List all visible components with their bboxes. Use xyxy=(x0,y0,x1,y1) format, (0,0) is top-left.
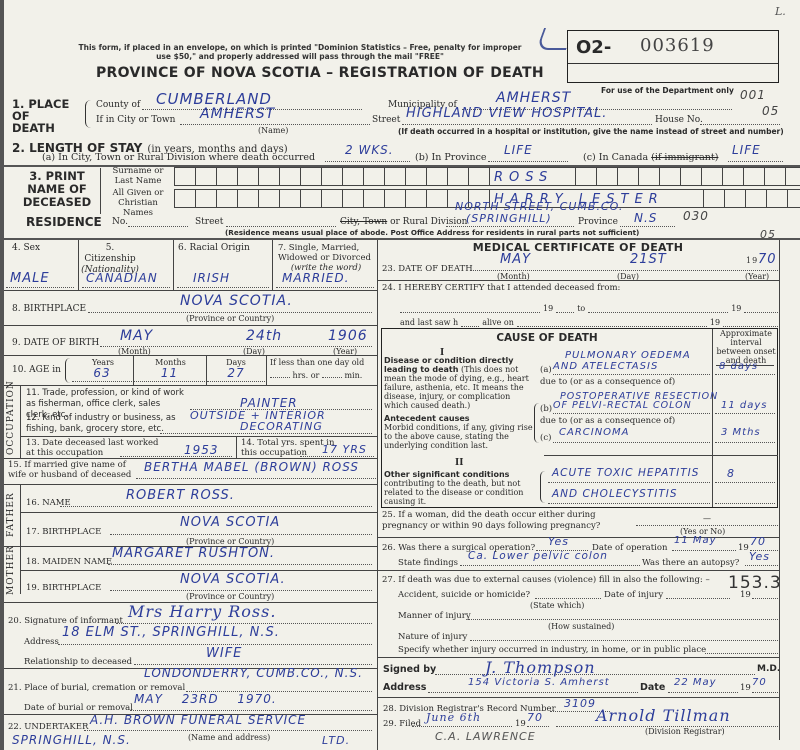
industry-field[interactable]: DECORATING xyxy=(160,420,372,434)
filed-year-prefix: 19 xyxy=(515,719,526,729)
given-label: All Given or Christian Names xyxy=(104,188,172,218)
dod-year: 70 xyxy=(758,252,777,267)
residence-code: 030 xyxy=(683,209,709,223)
mother-maiden-label: 18. MAIDEN NAME xyxy=(26,557,112,567)
mother-maiden-field[interactable]: MARGARET RUSHTON. xyxy=(108,546,372,565)
signed-by-field[interactable]: J. Thompson xyxy=(435,658,755,675)
signer-address-label: Address xyxy=(383,682,426,693)
burial-place-value: LONDONDERRY, CUMB.CO., N.S. xyxy=(144,666,363,680)
hospital-note: (If death occurred in a hospital or inst… xyxy=(398,127,784,136)
residence-label: RESIDENCE xyxy=(26,215,102,229)
stay-c-label-wrap: (c) In Canada (if immigrant) xyxy=(583,152,718,163)
md-label: M.D. xyxy=(757,664,780,674)
undertaker-address: SPRINGHILL, N.S. xyxy=(12,733,131,747)
signer-address-field[interactable]: 154 Victoria S. Amherst xyxy=(428,677,638,693)
death-registration-form: This form, if placed in an envelope, on … xyxy=(0,0,800,750)
municipality-code: 001 xyxy=(740,88,766,102)
specify-location-label: Specify whether injury occurred in indus… xyxy=(398,645,706,655)
dod-label: 23. DATE OF DEATH xyxy=(382,264,473,274)
record-prefix: O2- xyxy=(576,37,611,58)
last-saw-field[interactable] xyxy=(517,318,707,327)
brace xyxy=(85,100,93,128)
other-condition-2-field[interactable]: AND CHOLECYSTITIS xyxy=(548,488,710,504)
pregnancy-field[interactable]: — xyxy=(636,516,778,526)
attended-from-field[interactable] xyxy=(400,304,540,313)
father-birthplace-caption: (Province or Country) xyxy=(186,537,274,546)
residence-street-field[interactable] xyxy=(226,215,336,227)
autopsy-field[interactable]: Yes xyxy=(745,550,778,566)
other-brace xyxy=(540,471,545,503)
years-field[interactable]: 63 xyxy=(72,366,132,382)
father-birthplace-field[interactable]: NOVA SCOTIA xyxy=(110,515,372,535)
cause-a-field[interactable]: AND ATELECTASIS xyxy=(553,361,710,375)
city-town-struck: City, Town xyxy=(340,217,387,227)
less-than-day-label: If less than one day old xyxy=(270,358,364,367)
undertaker-field[interactable]: A.H. BROWN FUNERAL SERVICE xyxy=(84,713,372,731)
residence-province-field[interactable]: N.S xyxy=(620,211,675,227)
state-which-caption: (State which) xyxy=(530,601,584,610)
father-birthplace-label: 17. BIRTHPLACE xyxy=(26,527,101,537)
registrar-signature-field[interactable]: Arnold Tillman xyxy=(556,706,778,727)
operation-date-field[interactable]: 11 May xyxy=(672,535,736,551)
how-sustained-caption: (How sustained) xyxy=(548,622,614,631)
stay-c-struck: (if immigrant) xyxy=(651,152,718,163)
other-condition-1-field[interactable]: ACUTE TOXIC HEPATITIS xyxy=(548,467,710,483)
accident-field[interactable] xyxy=(535,590,601,599)
injury-date-label: Date of injury xyxy=(604,590,663,600)
stay-c-label: (c) In Canada xyxy=(583,152,648,163)
attended-row: 19 to 19 xyxy=(400,304,778,313)
burial-place-field[interactable] xyxy=(186,683,372,692)
specify-location-field[interactable] xyxy=(705,645,778,654)
antecedent-heading: Antecedent causes xyxy=(384,414,534,423)
record-number-box: O2- 003619 xyxy=(567,30,779,83)
hrs-min: hrs. or min. xyxy=(270,371,362,380)
stay-a-label: (a) In City, Town or Rural Division wher… xyxy=(42,152,315,163)
due-to-1: due to (or as a consequence of) xyxy=(540,377,675,387)
form-title: PROVINCE OF NOVA SCOTIA – REGISTRATION O… xyxy=(96,65,544,81)
direct-cause-desc: Disease or condition directly leading to… xyxy=(384,356,534,410)
filed-date-field[interactable]: June 6th xyxy=(412,711,512,727)
due-to-2: due to (or as a consequence of) xyxy=(540,416,675,426)
informant-address-field[interactable]: 18 ELM ST., SPRINGHILL, N.S. xyxy=(58,625,372,645)
mother-birthplace-field[interactable]: NOVA SCOTIA. xyxy=(110,572,372,591)
antecedent-brace xyxy=(534,403,539,443)
stay-a-field[interactable]: 2 WKS. xyxy=(325,143,410,162)
part-2-label: II xyxy=(455,458,463,468)
age-label: 10. AGE in xyxy=(12,365,61,375)
injury-date-field[interactable] xyxy=(666,590,730,599)
racial-field[interactable]: IRISH xyxy=(177,271,269,288)
findings-label: State findings xyxy=(398,558,458,568)
mail-notice: This form, if placed in an envelope, on … xyxy=(40,43,560,61)
cause-a-interval[interactable]: 8 days xyxy=(715,361,775,375)
attended-19-a: 19 xyxy=(543,304,553,313)
manner-label: Manner of injury xyxy=(398,611,471,621)
manner-field[interactable] xyxy=(468,611,778,620)
relationship-label: Relationship to deceased xyxy=(24,657,132,667)
signed-year-field[interactable]: 70 xyxy=(752,677,778,693)
racial-label: 6. Racial Origin xyxy=(178,243,250,253)
last-worked-field[interactable]: 1953 xyxy=(120,443,232,457)
mail-notice-line2: use $50," and properly addressed will pa… xyxy=(40,52,560,61)
registrar-caption: (Division Registrar) xyxy=(645,727,725,736)
signed-date-field[interactable]: 22 May xyxy=(668,677,738,693)
days-field[interactable]: 27 xyxy=(207,366,265,382)
mother-side-label: MOTHER xyxy=(6,550,16,595)
mother-birthplace-label: 19. BIRTHPLACE xyxy=(26,583,101,593)
burial-date-field[interactable]: MAY 23RD 1970. xyxy=(130,692,372,711)
trade-field[interactable]: PAINTER xyxy=(190,396,372,410)
signed-date-label: Date xyxy=(640,682,665,693)
county-label: County of xyxy=(96,100,140,110)
mother-birthplace-caption: (Province or Country) xyxy=(186,592,274,601)
stay-b-label: (b) In Province xyxy=(415,152,487,163)
other-conditions-desc: Other significant conditions contributin… xyxy=(384,470,534,506)
marital-field[interactable]: MARRIED. xyxy=(276,271,374,288)
cause-b-interval[interactable]: 11 days xyxy=(715,400,775,414)
house-label: House No. xyxy=(655,115,703,125)
attended-19-b: 19 xyxy=(731,304,741,313)
cause-title: CAUSE OF DEATH xyxy=(382,332,712,344)
autopsy-label: Was there an autopsy? xyxy=(642,558,739,568)
injury-year-field[interactable] xyxy=(752,590,778,599)
cause-c-field[interactable]: CARCINOMA xyxy=(553,427,710,443)
residence-no-label: No. xyxy=(112,217,128,227)
alive-on-label: alive on xyxy=(482,318,514,327)
dob-day: 24th xyxy=(246,328,282,344)
marital-label: 7. Single, Married, Widowed or Divorced xyxy=(278,243,374,263)
cause-b-field[interactable]: OF PELVI-RECTAL COLON xyxy=(553,400,710,414)
occupation-side-label: OCCUPATION xyxy=(6,395,16,455)
attended-to-field[interactable] xyxy=(588,304,728,313)
undertaker-suffix: LTD. xyxy=(322,734,350,747)
surname-cells[interactable]: ROSS xyxy=(174,167,800,186)
cause-a-line1: PULMONARY OEDEMA xyxy=(565,350,691,361)
pregnancy-label: 25. If a woman, did the death occur eith… xyxy=(382,510,642,532)
dob-month: MAY xyxy=(120,328,153,344)
burial-date-label: Date of burial or removal xyxy=(24,703,133,713)
record-number: 003619 xyxy=(640,35,715,56)
external-causes-label: 27. If death was due to external causes … xyxy=(382,575,710,585)
antecedent-text: Morbid conditions, if any, giving rise t… xyxy=(384,423,534,450)
mail-notice-line1: This form, if placed in an envelope, on … xyxy=(40,43,560,52)
stay-c-field[interactable]: LIFE xyxy=(728,143,783,162)
certify-label: 24. I HEREBY CERTIFY that I attended dec… xyxy=(382,283,620,293)
residence-province-label: Province xyxy=(578,217,618,227)
findings-field[interactable]: Ca. Lower pelvic colon xyxy=(460,550,640,566)
antecedent-desc: Antecedent causes Morbid conditions, if … xyxy=(384,414,534,450)
residence-street-label: Street xyxy=(195,217,223,227)
informant-address-label: Address xyxy=(24,637,59,647)
dob-year: 1906 xyxy=(328,328,368,344)
residence-no-field[interactable] xyxy=(128,215,188,227)
attended-to-label: to xyxy=(577,304,585,313)
informant-signature-field[interactable]: Mrs Harry Ross. xyxy=(116,602,372,624)
dod-day: 21ST xyxy=(630,252,667,267)
house-code: 05 xyxy=(762,104,779,118)
sex-label: 4. Sex xyxy=(12,243,40,253)
dod-month: MAY xyxy=(500,252,531,267)
father-name-field[interactable]: ROBERT ROSS. xyxy=(60,488,372,507)
birthplace-label: 8. BIRTHPLACE xyxy=(12,304,86,314)
nature-label: Nature of injury xyxy=(398,632,467,642)
accident-label: Accident, suicide or homicide? xyxy=(398,590,530,600)
rural-field[interactable]: (SPRINGHILL) xyxy=(446,212,574,227)
marital-label-wrap: 7. Single, Married, Widowed or Divorced … xyxy=(278,243,374,273)
other-text: contributing to the death, but not relat… xyxy=(384,479,534,506)
filed-year-field[interactable]: 70 xyxy=(527,711,549,727)
spouse-field[interactable]: BERTHA MABEL (BROWN) ROSS xyxy=(136,460,376,479)
surname-label: Surname or Last Name xyxy=(104,166,172,186)
cause-a-label: (a) xyxy=(540,365,552,375)
min-label: min. xyxy=(344,371,362,380)
scan-edge xyxy=(0,0,4,750)
dod-year-prefix: 19 xyxy=(746,256,758,265)
operation-field[interactable]: Yes xyxy=(536,535,588,551)
dob-field[interactable]: MAY 24th 1906 xyxy=(100,328,372,347)
registrar-name: C.A. LAWRENCE xyxy=(435,730,536,743)
citizenship-field[interactable]: CANADIAN xyxy=(82,271,170,288)
residence-note: (Residence means usual place of abode. P… xyxy=(225,228,639,237)
birthplace-caption: (Province or Country) xyxy=(186,314,274,323)
injury-year-prefix: 19 xyxy=(740,590,751,600)
name-caption: (Name) xyxy=(258,126,288,135)
place-of-death-label: 1. PLACE OF DEATH xyxy=(12,98,72,134)
corner-mark: L. xyxy=(775,5,786,18)
age-brace xyxy=(65,358,71,383)
street-field[interactable]: HIGHLAND VIEW HOSPITAL. xyxy=(402,106,652,125)
stay-b-field[interactable]: LIFE xyxy=(488,143,568,162)
surname-value[interactable]: ROSS xyxy=(489,167,575,186)
dob-label: 9. DATE OF BIRTH xyxy=(12,338,99,348)
months-field[interactable]: 11 xyxy=(134,366,205,382)
relationship-field[interactable]: WIFE xyxy=(134,646,372,665)
signed-year-prefix: 19 xyxy=(740,683,751,693)
undertaker-label: 22. UNDERTAKER xyxy=(8,722,88,732)
print-name-label: 3. PRINT NAME OF DECEASED xyxy=(16,170,98,209)
last-saw-row: and last saw h alive on 19 xyxy=(400,318,778,327)
other-condition-interval[interactable]: 8 xyxy=(715,467,775,483)
operation-year-field[interactable]: 70 xyxy=(750,535,778,551)
spouse-label: 15. If married give name of wife or husb… xyxy=(8,460,138,480)
city-field[interactable]: AMHERST xyxy=(180,106,370,125)
city-label: If in City or Town xyxy=(96,115,175,125)
street-label: Street xyxy=(372,115,400,125)
dod-field[interactable]: MAY 21ST 19 70 xyxy=(470,252,778,271)
total-years-field[interactable]: 17 YRS xyxy=(300,443,374,457)
last-saw-19: 19 xyxy=(710,318,720,327)
other-heading: Other significant conditions xyxy=(384,470,534,479)
cause-c-label: (c) xyxy=(540,433,551,443)
hrs-label: hrs. or xyxy=(293,371,320,380)
nature-field[interactable] xyxy=(470,632,778,641)
citizenship-label: 5. Citizenship xyxy=(80,243,140,265)
other-condition-2-interval xyxy=(715,488,775,504)
signed-by-label: Signed by xyxy=(383,664,436,675)
sex-field[interactable]: MALE xyxy=(6,271,74,288)
undertaker-caption: (Name and address) xyxy=(188,733,270,742)
interval-label: Approximate interval between onset and d… xyxy=(714,329,778,365)
last-saw-label: and last saw h xyxy=(400,318,458,327)
cause-b-label: (b) xyxy=(540,404,552,414)
father-side-label: FATHER xyxy=(6,487,16,542)
cause-c-interval[interactable]: 3 Mths xyxy=(715,427,775,443)
birthplace-field[interactable]: NOVA SCOTIA. xyxy=(88,293,372,313)
